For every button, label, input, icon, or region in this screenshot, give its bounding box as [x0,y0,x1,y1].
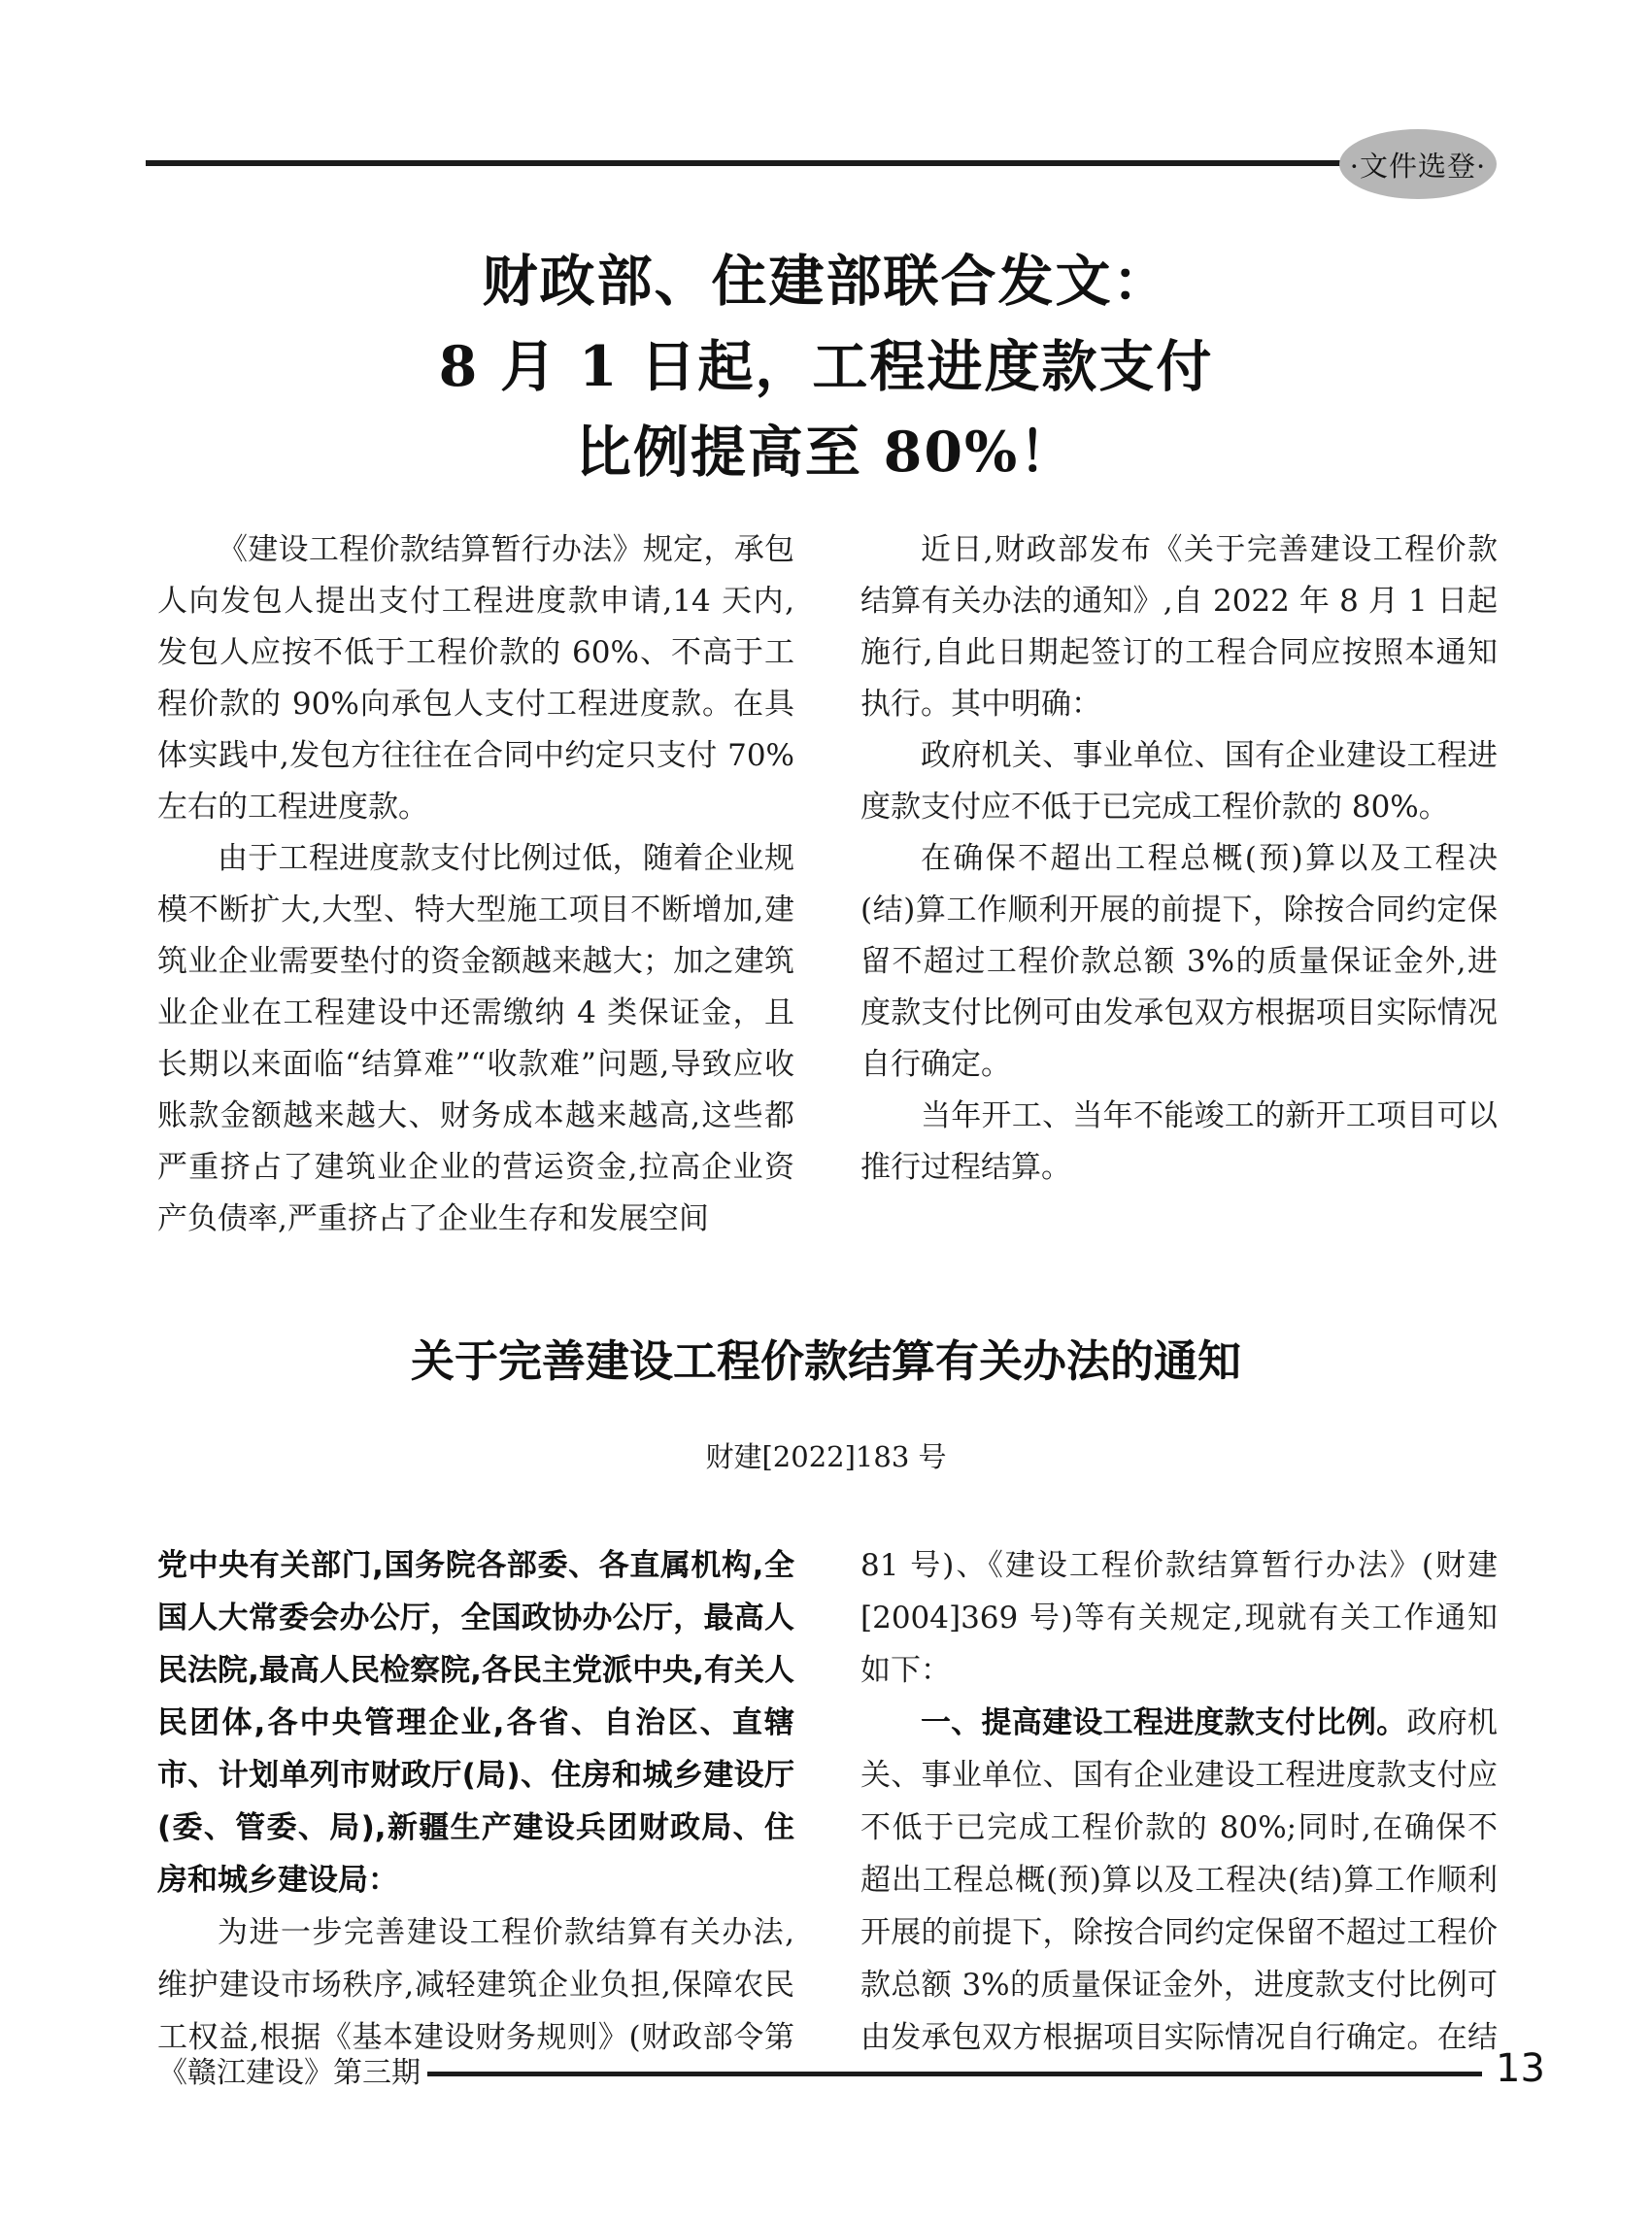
header-rule [146,160,1341,166]
footer-journal-label: 《赣江建设》第三期 [158,2052,421,2095]
notice-body: 党中央有关部门,国务院各部委、各直属机构,全国人大常委会办公厅，全国政协办公厅，… [157,1539,1498,2066]
category-badge: ·文件选登· [1339,129,1497,199]
magazine-page: ·文件选登· 财政部、住建部联合发文： 8 月 1 日起，工程进度款支付 比例提… [0,0,1652,2225]
footer-page-number: 13 [1496,2045,1545,2092]
notice-addressee: 党中央有关部门,国务院各部委、各直属机构,全国人大常委会办公厅，全国政协办公厅，… [157,1539,794,1906]
article-title: 财政部、住建部联合发文： 8 月 1 日起，工程进度款支付 比例提高至 80%！ [0,239,1652,495]
article-paragraph-3: 近日,财政部发布《关于完善建设工程价款结算有关办法的通知》,自 2022 年 8… [860,524,1498,730]
article-paragraph-2: 由于工程进度款支付比例过低，随着企业规模不断扩大,大型、特大型施工项目不断增加,… [157,833,794,1245]
article-paragraph-6: 当年开工、当年不能竣工的新开工项目可以推行过程结算。 [860,1091,1498,1194]
notice-doc-number: 财建[2022]183 号 [0,1435,1652,1478]
article-paragraph-5: 在确保不超出工程总概(预)算以及工程决(结)算工作顺利开展的前提下，除按合同约定… [860,833,1498,1091]
article-title-line-2: 8 月 1 日起，工程进度款支付 [0,324,1652,410]
article-body: 《建设工程价款结算暂行办法》规定，承包人向发包人提出支付工程进度款申请,14 天… [157,524,1498,1251]
article-title-line-3: 比例提高至 80%！ [0,410,1652,495]
article-title-line-1: 财政部、住建部联合发文： [0,239,1652,324]
article-paragraph-1: 《建设工程价款结算暂行办法》规定，承包人向发包人提出支付工程进度款申请,14 天… [157,524,794,833]
notice-title: 关于完善建设工程价款结算有关办法的通知 [0,1332,1652,1391]
footer-rule [427,2072,1482,2076]
article-paragraph-4: 政府机关、事业单位、国有企业建设工程进度款支付应不低于已完成工程价款的 80%。 [860,730,1498,833]
notice-item-1-heading: 一、提高建设工程进度款支付比例。 [921,1705,1406,1740]
category-badge-label: ·文件选登· [1350,145,1486,185]
